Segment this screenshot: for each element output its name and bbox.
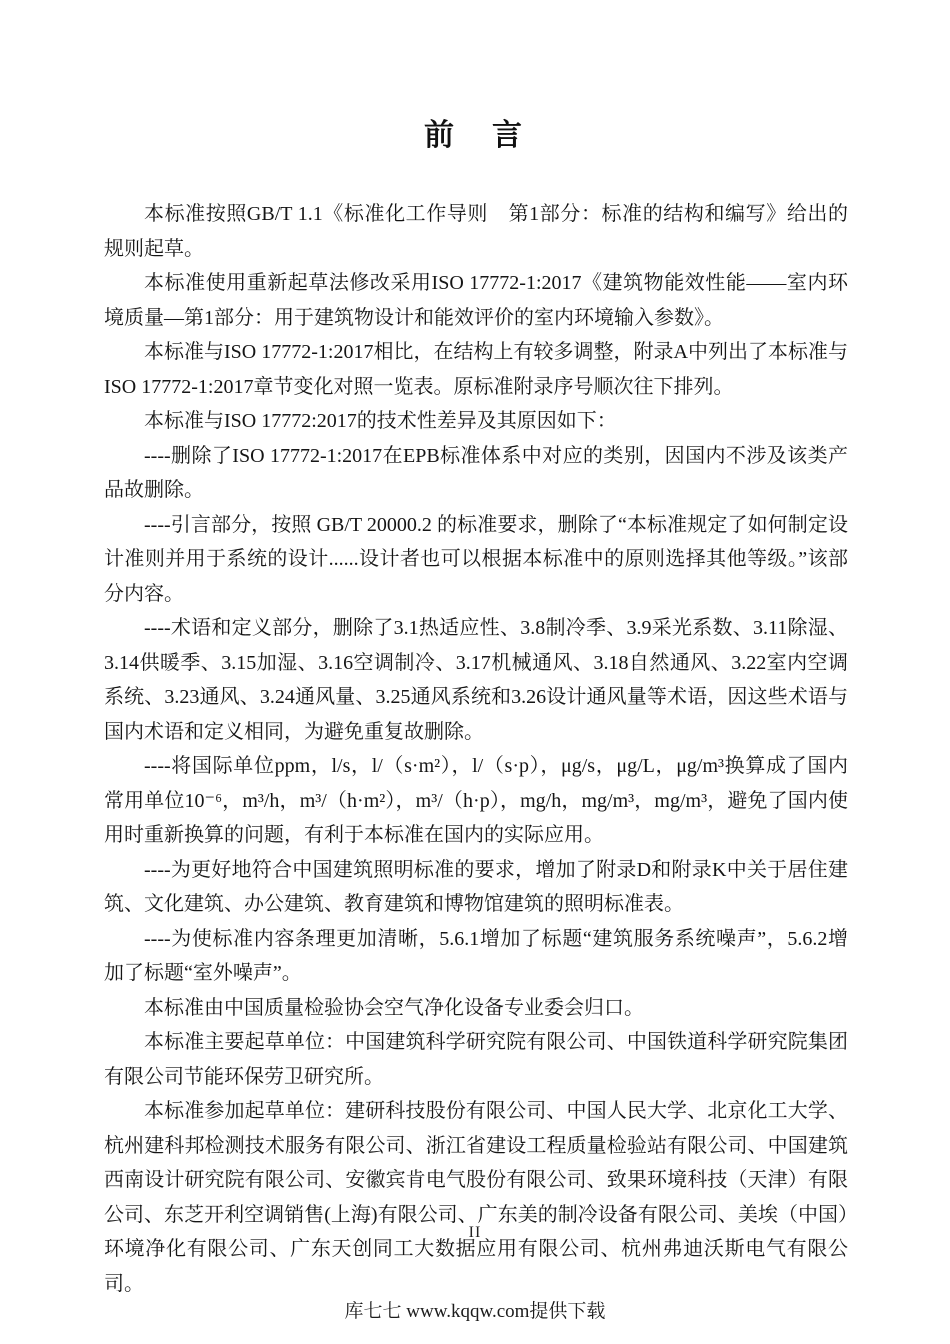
paragraph: ----将国际单位ppm，l/s，l/（s·m²），l/（s·p），μg/s，μ… <box>104 749 848 853</box>
paragraph: 本标准主要起草单位：中国建筑科学研究院有限公司、中国铁道科学研究院集团有限公司节… <box>104 1025 848 1094</box>
document-page: 前 言 本标准按照GB/T 1.1《标准化工作导则 第1部分：标准的结构和编写》… <box>0 0 950 1344</box>
paragraph: ----引言部分，按照 GB/T 20000.2 的标准要求，删除了“本标准规定… <box>104 508 848 612</box>
paragraph: 本标准按照GB/T 1.1《标准化工作导则 第1部分：标准的结构和编写》给出的规… <box>104 197 848 266</box>
page-number: II <box>0 1224 950 1242</box>
document-title: 前 言 <box>0 110 950 154</box>
paragraph: 本标准参加起草单位：建研科技股份有限公司、中国人民大学、北京化工大学、杭州建科邦… <box>104 1094 848 1301</box>
paragraph: ----为更好地符合中国建筑照明标准的要求，增加了附录D和附录K中关于居住建筑、… <box>104 853 848 922</box>
paragraph: ----为使标准内容条理更加清晰，5.6.1增加了标题“建筑服务系统噪声”，5.… <box>104 922 848 991</box>
paragraph: 本标准与ISO 17772-1:2017相比，在结构上有较多调整，附录A中列出了… <box>104 335 848 404</box>
download-watermark: 库七七 www.kqqw.com提供下载 <box>0 1296 950 1323</box>
paragraph: ----删除了ISO 17772-1:2017在EPB标准体系中对应的类别，因国… <box>104 439 848 508</box>
paragraph: 本标准使用重新起草法修改采用ISO 17772-1:2017《建筑物能效性能——… <box>104 266 848 335</box>
paragraph: ----术语和定义部分，删除了3.1热适应性、3.8制冷季、3.9采光系数、3.… <box>104 611 848 749</box>
paragraph: 本标准由中国质量检验协会空气净化设备专业委会归口。 <box>104 991 848 1026</box>
paragraph: 本标准与ISO 17772:2017的技术性差异及其原因如下： <box>104 404 848 439</box>
document-body: 本标准按照GB/T 1.1《标准化工作导则 第1部分：标准的结构和编写》给出的规… <box>104 197 848 1301</box>
